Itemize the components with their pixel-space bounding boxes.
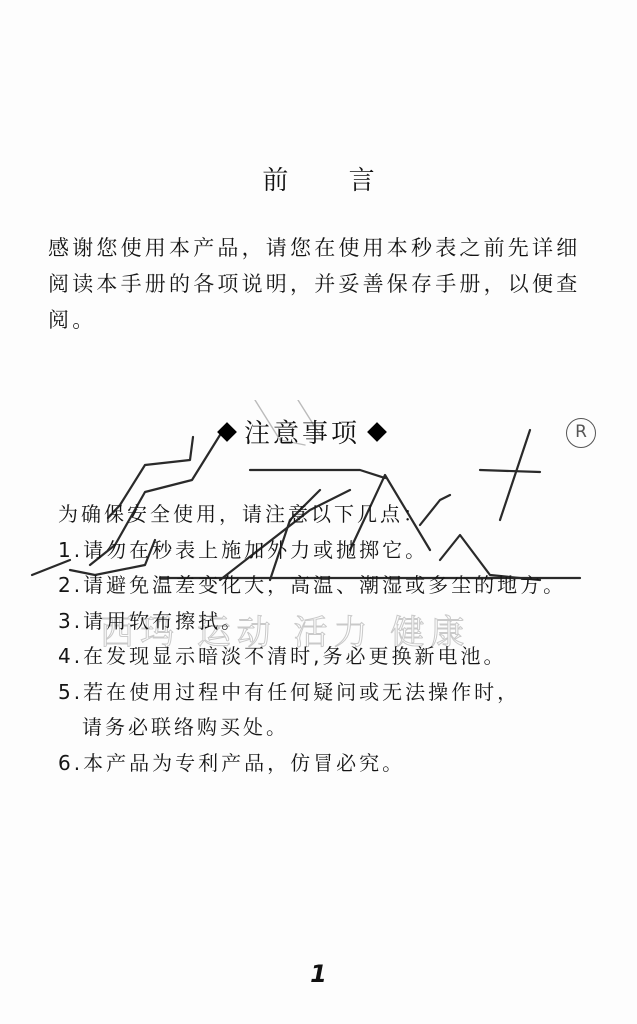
list-item-continuation: 请务必联络购买处。 <box>58 710 618 746</box>
list-item: 6.本产品为专利产品，仿冒必究。 <box>58 746 618 782</box>
list-item: 1.请勿在秒表上施加外力或抛掷它。 <box>58 533 618 569</box>
preface-line: 阅。 <box>48 302 608 338</box>
list-item: 3.请用软布擦拭。 <box>58 604 618 640</box>
preface-title: 前 言 <box>0 160 637 197</box>
precautions-list: 为确保安全使用，请注意以下几点： 1.请勿在秒表上施加外力或抛掷它。 2.请避免… <box>58 497 618 781</box>
registered-trademark-icon: R <box>566 418 596 448</box>
page-number: 1 <box>0 960 637 988</box>
list-item: 2.请避免温差变化大，高温、潮湿或多尘的地方。 <box>58 568 618 604</box>
precautions-heading: 注意事项 <box>210 413 394 450</box>
diamond-bullet-icon <box>217 422 237 442</box>
list-item: 5.若在使用过程中有任何疑问或无法操作时， <box>58 675 618 711</box>
precautions-intro: 为确保安全使用，请注意以下几点： <box>58 497 618 533</box>
precautions-heading-text: 注意事项 <box>244 413 360 450</box>
list-item: 4.在发现显示暗淡不清时,务必更换新电池。 <box>58 639 618 675</box>
preface-line: 阅读本手册的各项说明，并妥善保存手册，以便查 <box>48 266 608 302</box>
diamond-bullet-icon <box>367 422 387 442</box>
preface-line: 感谢您使用本产品，请您在使用本秒表之前先详细 <box>48 230 608 266</box>
manual-page: 前 言 感谢您使用本产品，请您在使用本秒表之前先详细 阅读本手册的各项说明，并妥… <box>0 0 637 1024</box>
preface-paragraph: 感谢您使用本产品，请您在使用本秒表之前先详细 阅读本手册的各项说明，并妥善保存手… <box>48 230 608 338</box>
